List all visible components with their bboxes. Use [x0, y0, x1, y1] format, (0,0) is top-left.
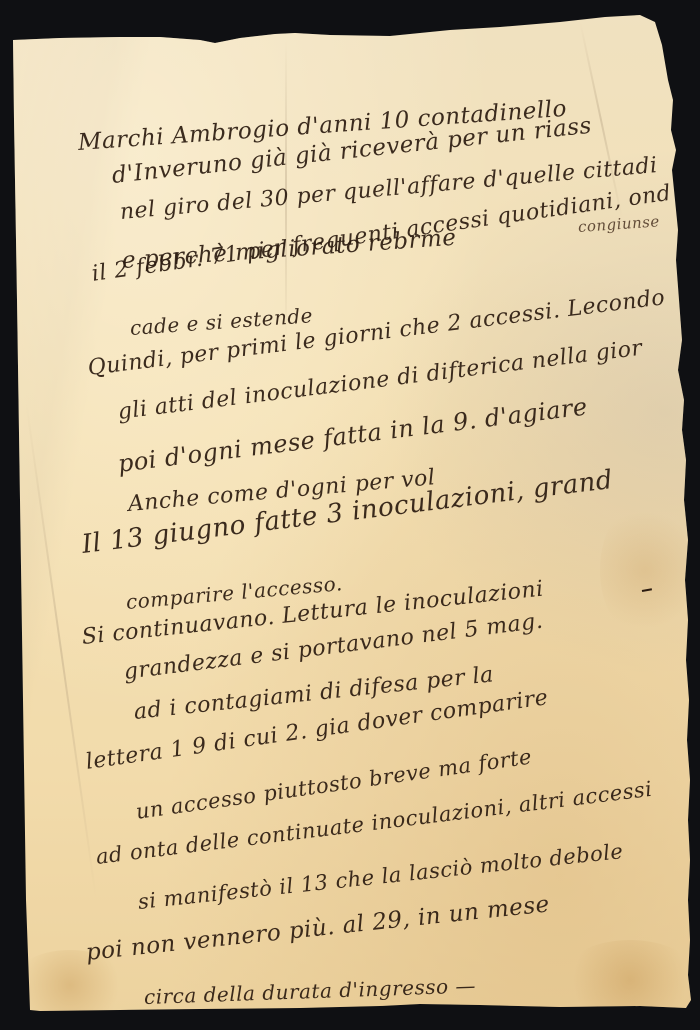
- ink-dash: [642, 588, 652, 592]
- manuscript-line: circa della durata d'ingresso —: [144, 973, 477, 1009]
- handwritten-text: Marchi Ambrogio d'anni 10 contadinello d…: [0, 0, 700, 1030]
